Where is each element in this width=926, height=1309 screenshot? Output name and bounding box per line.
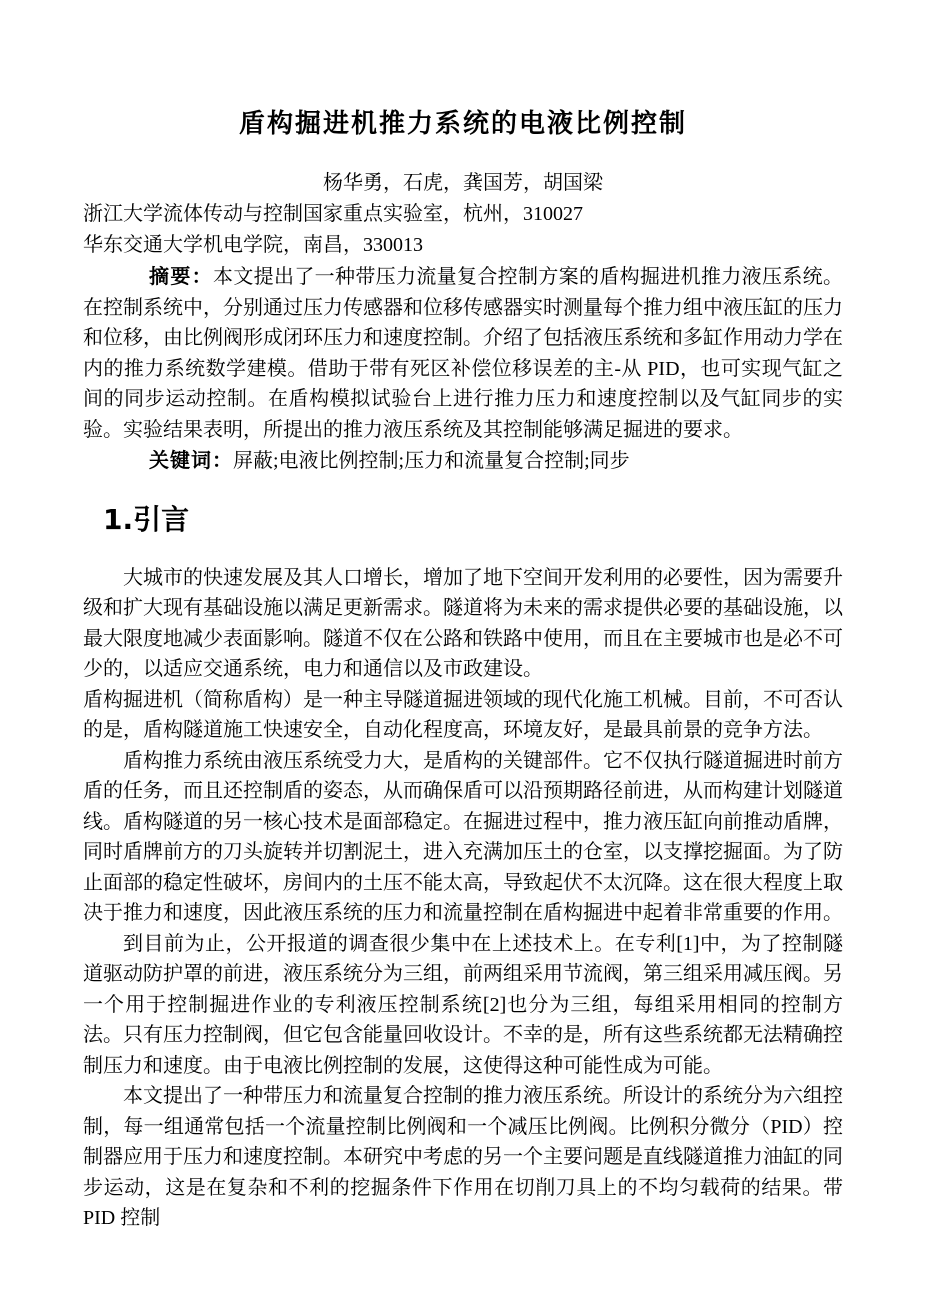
abstract-paragraph: 摘要：本文提出了一种带压力流量复合控制方案的盾构掘进机推力液压系统。在控制系统中… bbox=[83, 261, 843, 445]
intro-paragraph-5: 本文提出了一种带压力和流量复合控制的推力液压系统。所设计的系统分为六组控制，每一… bbox=[83, 1081, 843, 1234]
document-page: 盾构掘进机推力系统的电液比例控制 杨华勇，石虎，龚国芳，胡国梁 浙江大学流体传动… bbox=[0, 0, 926, 1309]
affiliation-2: 华东交通大学机电学院，南昌，330013 bbox=[83, 230, 843, 261]
affiliation-1: 浙江大学流体传动与控制国家重点实验室，杭州，310027 bbox=[83, 199, 843, 230]
authors-line: 杨华勇，石虎，龚国芳，胡国梁 bbox=[83, 168, 843, 199]
intro-paragraph-3: 盾构推力系统由液压系统受力大，是盾构的关键部件。它不仅执行隧道掘进时前方盾的任务… bbox=[83, 746, 843, 929]
intro-paragraph-1: 大城市的快速发展及其人口增长，增加了地下空间开发利用的必要性，因为需要升级和扩大… bbox=[83, 563, 843, 685]
keywords-label: 关键词： bbox=[149, 448, 233, 472]
intro-paragraph-4: 到目前为止，公开报道的调查很少集中在上述技术上。在专利[1]中，为了控制隧道驱动… bbox=[83, 929, 843, 1082]
keywords-line: 关键词：屏蔽;电液比例控制;压力和流量复合控制;同步 bbox=[83, 445, 843, 477]
keywords-text: 屏蔽;电液比例控制;压力和流量复合控制;同步 bbox=[233, 450, 630, 472]
paper-title: 盾构掘进机推力系统的电液比例控制 bbox=[83, 106, 843, 142]
abstract-text: 本文提出了一种带压力流量复合控制方案的盾构掘进机推力液压系统。在控制系统中，分别… bbox=[83, 266, 843, 441]
section-heading-introduction: 1.引言 bbox=[103, 503, 843, 537]
intro-paragraph-2: 盾构掘进机（简称盾构）是一种主导隧道掘进领域的现代化施工机械。目前，不可否认的是… bbox=[83, 685, 843, 746]
abstract-label: 摘要： bbox=[149, 264, 213, 288]
